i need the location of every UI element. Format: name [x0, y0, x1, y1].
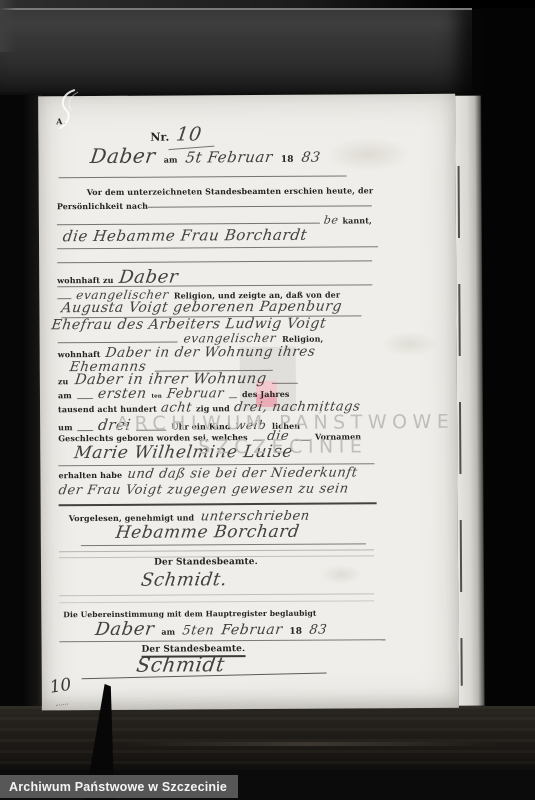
- birthday-handwritten: ersten: [97, 386, 148, 402]
- declarant-handwritten: die Hebamme Frau Borchardt: [62, 226, 309, 246]
- head-century: 18: [281, 155, 294, 165]
- head-date-handwritten: 5t Februar: [184, 148, 274, 167]
- midwife-note2-handwritten: der Frau Voigt zugegen gewesen zu sein: [58, 481, 350, 498]
- archive-label-bar: Archiwum Państwowe w Szczecinie: [0, 775, 238, 798]
- cert-day-handwritten: 5ten: [181, 623, 215, 638]
- head-am: am: [164, 155, 178, 165]
- registrar-label-line: Der Standesbeamte.: [141, 557, 271, 568]
- registrar-signature2: Schmidt: [135, 652, 226, 677]
- register-page: A. Nr. 10 Daber am 5t Februar 18 83 Vor …: [38, 94, 459, 711]
- faint-rule: [59, 593, 374, 596]
- dash-rule: [77, 397, 93, 399]
- erhalten-printed: erhalten habe: [58, 470, 122, 480]
- kannt-printed: kannt,: [342, 215, 372, 225]
- registrar-signature2-line: Schmidt: [137, 652, 225, 677]
- dash-rule: [272, 382, 298, 384]
- dash-rule: [57, 297, 71, 299]
- intro-line2: Persönlichkeit nach: [57, 199, 372, 211]
- head-date-underline: [59, 175, 347, 178]
- archive-label-text: Archiwum Państwowe w Szczecinie: [9, 780, 227, 794]
- head-year-handwritten: 83: [301, 150, 322, 166]
- blank-form-rule: [57, 260, 372, 263]
- mother1-handwritten: Augusta Voigt geborenen Papenburg: [60, 298, 343, 316]
- erhalten-line: erhalten habe und daß sie bei der Nieder…: [58, 465, 373, 482]
- midwife-note1-handwritten: und daß sie bei der Niederkunft: [126, 465, 358, 481]
- am2-printed: am: [58, 390, 72, 400]
- zu-printed: zu: [58, 376, 69, 386]
- witness-line: der Frau Voigt zugegen gewesen zu sein: [58, 481, 358, 498]
- binding-crease-line: [458, 166, 463, 686]
- nr-label: Nr.: [150, 131, 169, 144]
- photographed-scan: A. Nr. 10 Daber am 5t Februar 18 83 Vor …: [0, 0, 535, 800]
- archive-watermark-line1: ARCHIWUM PAŃSTWOWE: [116, 411, 454, 435]
- wohnhaft-zu-printed: wohnhaft zu: [57, 275, 113, 285]
- religion2-printed: Religion,: [282, 334, 323, 344]
- black-margin-left: [0, 95, 41, 720]
- cert-am-printed: am: [161, 627, 175, 637]
- scanner-frame-top: [0, 8, 472, 98]
- head-place-handwritten: Daber: [89, 144, 157, 168]
- section-divider-rule: [59, 502, 377, 506]
- wooden-table-surface: [0, 706, 535, 776]
- blank-rule: [58, 341, 178, 344]
- registrar-signature: Schmidt.: [140, 569, 229, 591]
- head-date-line: Daber am 5t Februar 18 83: [90, 143, 320, 168]
- faint-rule: [59, 600, 374, 603]
- record-number-line: Nr. 10: [150, 123, 202, 145]
- residence-line: wohnhaft zu Daber: [57, 265, 372, 287]
- registrar-label: Der Standesbeamte.: [154, 557, 258, 568]
- intro-line2-text: Persönlichkeit nach: [57, 201, 148, 212]
- margin-number-pencil: 10: [48, 675, 72, 698]
- des-jahres-printed: des Jahres: [242, 389, 290, 399]
- cert-date-line: Daber am 5ten Februar 18 83: [59, 617, 385, 642]
- declarant-line: die Hebamme Frau Borchardt: [57, 225, 378, 249]
- page-stack-edge: [455, 96, 485, 706]
- cert-century-printed: 18: [289, 627, 302, 637]
- blank-rule: [57, 222, 320, 226]
- intro-line1: Vor dem unterzeichneten Standesbeamten e…: [87, 185, 373, 197]
- black-margin-right: [483, 8, 535, 720]
- dash-rule: [229, 396, 237, 398]
- birthmonth-handwritten: Februar: [166, 386, 225, 401]
- registrar-signature-line: Schmidt.: [141, 569, 227, 591]
- ten-printed: ten: [152, 394, 162, 400]
- margin-pencil-mark: [56, 700, 68, 706]
- blank-rule: [148, 204, 372, 207]
- cert-place-handwritten: Daber: [94, 619, 156, 640]
- nr-value-handwritten: 10: [175, 123, 203, 145]
- cert-year-handwritten: 83: [308, 623, 328, 638]
- declarant-signature-line: Hebamme Borchard: [81, 521, 366, 546]
- corner-glow: [0, 0, 16, 52]
- residence1-handwritten: Daber: [118, 266, 180, 287]
- cert-month-handwritten: Februar: [220, 622, 283, 638]
- register-page-group: A. Nr. 10 Daber am 5t Februar 18 83 Vor …: [38, 94, 485, 711]
- archive-watermark-line2: SZCZECINIE: [198, 435, 367, 458]
- declarant-signature: Hebamme Borchard: [114, 522, 300, 543]
- faint-rule: [59, 549, 374, 552]
- paper-curl-artifact: [52, 88, 92, 136]
- wohnhaft-printed: wohnhaft: [58, 349, 101, 359]
- wood-grain-highlight: [120, 742, 500, 746]
